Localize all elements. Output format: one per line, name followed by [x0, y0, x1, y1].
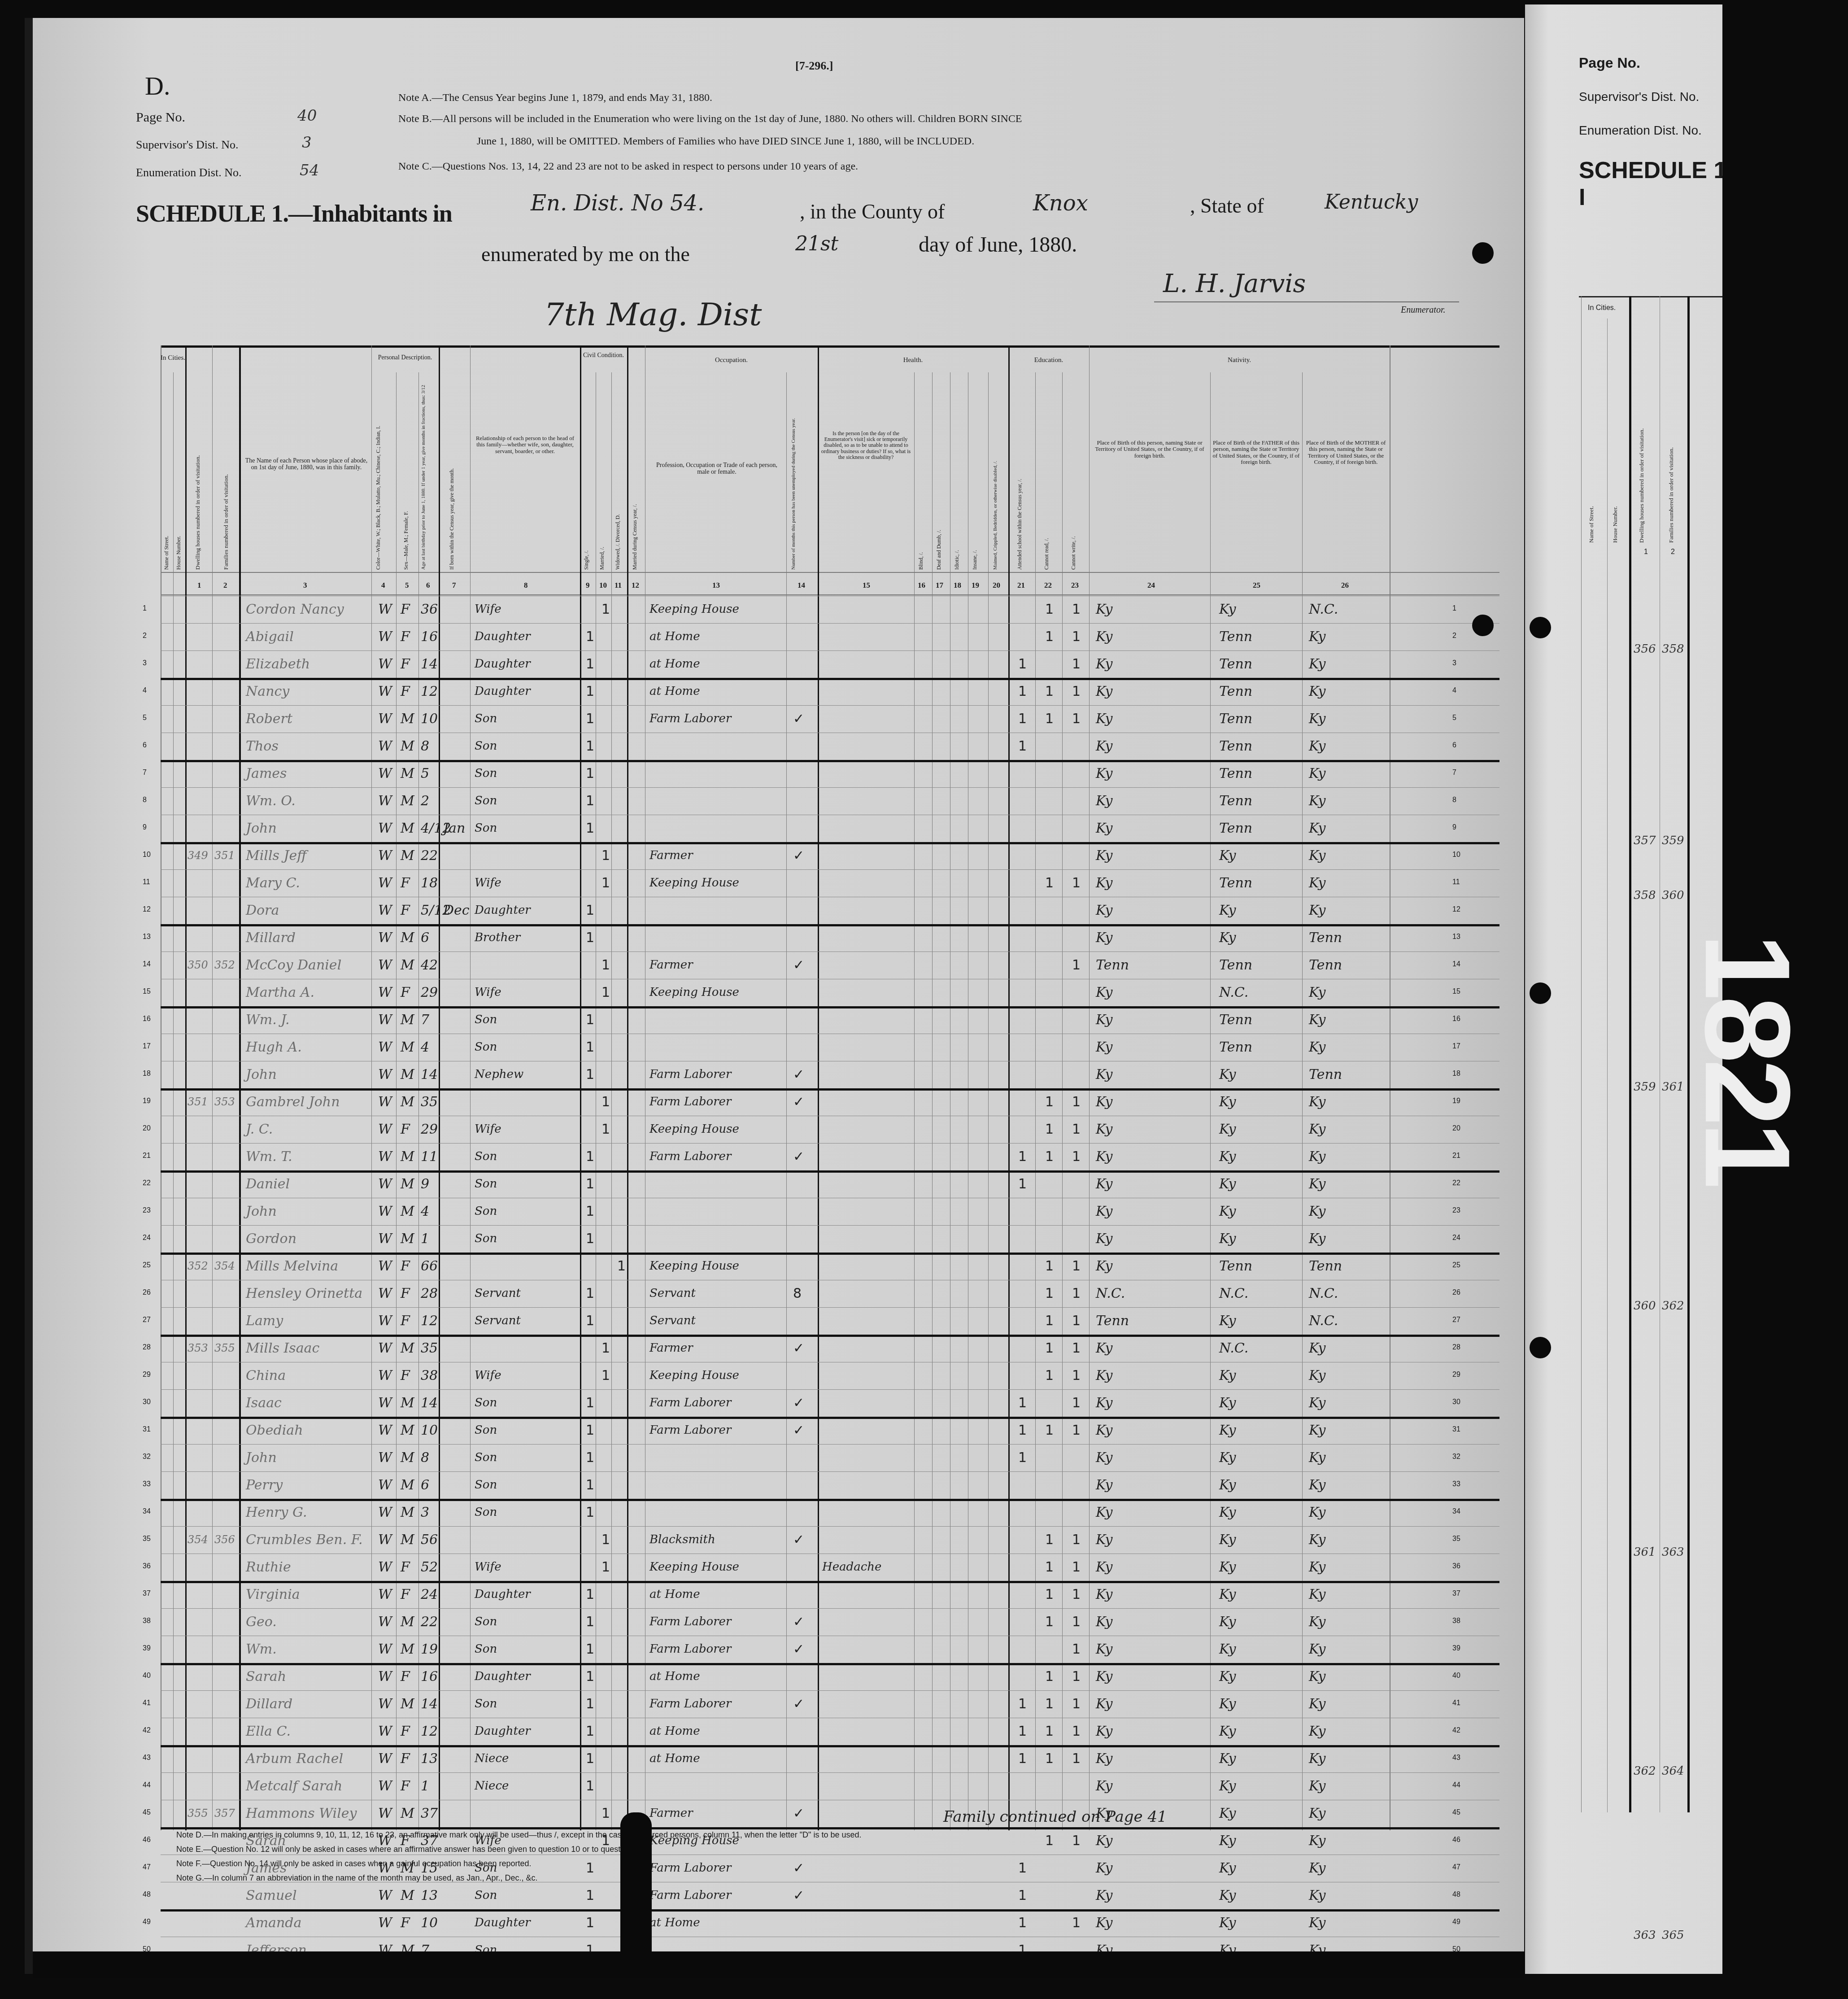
mother-birthplace: Ky — [1309, 733, 1325, 760]
sex: M — [401, 1636, 414, 1663]
attended-school-mark: 1 — [1018, 1690, 1027, 1718]
sex: F — [401, 1718, 410, 1745]
row-number: 1 — [1452, 605, 1456, 613]
father-birthplace: Ky — [1219, 1170, 1236, 1198]
color: W — [378, 1581, 392, 1608]
row-number: 4 — [1452, 687, 1456, 695]
adj-dwelling-number: 358 — [1634, 889, 1656, 902]
table-row: VirginiaWF24Daughter1at Home11KyKyKy3737 — [161, 1581, 1499, 1608]
table-row: JohnWM14Nephew1Farm Laborer✓KyKyTenn1818 — [161, 1061, 1499, 1088]
sex: M — [401, 1143, 414, 1170]
row-number-left: 12 — [143, 906, 151, 914]
relationship: Son — [475, 1690, 497, 1718]
father-birthplace: Ky — [1219, 1772, 1236, 1800]
note-b-line1: Note B.—All persons will be included in … — [398, 113, 1022, 125]
adj-dwelling-number: 360 — [1634, 1299, 1656, 1313]
table-row: Metcalf SarahWF1Niece1KyKyKy4444 — [161, 1772, 1499, 1800]
person-name: Samuel — [246, 1882, 297, 1909]
header-married: Married, /. — [599, 507, 606, 570]
col-number: 11 — [615, 581, 622, 590]
mother-birthplace: Tenn — [1309, 951, 1342, 979]
father-birthplace: Tenn — [1219, 951, 1252, 979]
color: W — [378, 1636, 392, 1663]
table-row: PerryWM6Son1KyKyKy3333 — [161, 1471, 1499, 1499]
age: 10 — [421, 705, 438, 733]
cannot-read-mark: 1 — [1045, 623, 1054, 650]
row-number-left: 3 — [143, 659, 147, 668]
single-mark: 1 — [586, 650, 594, 678]
sex: F — [401, 1307, 410, 1335]
single-mark: 1 — [586, 1471, 594, 1499]
header-cannot-write: Cannot write, /. — [1070, 502, 1077, 570]
state-value: Kentucky — [1325, 191, 1418, 214]
row-divider — [161, 1061, 1499, 1061]
color: W — [378, 924, 392, 951]
single-mark: 1 — [586, 787, 594, 815]
single-mark: 1 — [586, 1581, 594, 1608]
occupation: Keeping House — [649, 1253, 739, 1280]
table-row: Mary C.WF18Wife1Keeping House11KyTennKy1… — [161, 869, 1499, 897]
row-number: 26 — [1452, 1289, 1460, 1297]
sex: F — [401, 623, 410, 650]
single-mark: 1 — [586, 1855, 594, 1882]
row-divider — [161, 1471, 1499, 1472]
relationship: Son — [475, 1170, 497, 1198]
color: W — [378, 1006, 392, 1034]
father-birthplace: Tenn — [1219, 1253, 1252, 1280]
age: 56 — [421, 1526, 438, 1554]
sex: F — [401, 650, 410, 678]
occupation: Farm Laborer — [649, 1088, 731, 1116]
relationship: Son — [475, 1006, 497, 1034]
header-born-month: If born within the Census year, give the… — [449, 390, 455, 570]
person-name: Henry G. — [246, 1499, 307, 1526]
relationship: Wife — [475, 1116, 501, 1143]
color: W — [378, 1718, 392, 1745]
relationship: Son — [475, 1034, 497, 1061]
mother-birthplace: Ky — [1309, 1417, 1325, 1444]
birthplace: Ky — [1096, 842, 1112, 869]
occupation: at Home — [649, 1663, 700, 1690]
row-number-left: 29 — [143, 1371, 151, 1379]
header-age: Age at last birthday prior to June 1, 18… — [421, 381, 426, 570]
color: W — [378, 1170, 392, 1198]
mother-birthplace: Ky — [1309, 979, 1325, 1006]
single-mark: 1 — [586, 1417, 594, 1444]
cannot-read-mark: 1 — [1045, 1116, 1054, 1143]
age: 6 — [421, 924, 429, 951]
birthplace: Tenn — [1096, 1307, 1129, 1335]
cannot-read-mark: 1 — [1045, 1253, 1054, 1280]
enumeration-value: 54 — [300, 161, 319, 179]
single-mark: 1 — [586, 1307, 594, 1335]
father-birthplace: Tenn — [1219, 787, 1252, 815]
adj-family-number: 364 — [1662, 1764, 1684, 1778]
birthplace: Ky — [1096, 1745, 1112, 1772]
table-row: DanielWM9Son11KyKyKy2222 — [161, 1170, 1499, 1198]
cannot-write-mark: 1 — [1072, 1554, 1081, 1581]
sex: F — [401, 1581, 410, 1608]
row-number: 25 — [1452, 1261, 1460, 1270]
person-name: Cordon Nancy — [246, 596, 344, 623]
person-name: Dillard — [246, 1690, 292, 1718]
mother-birthplace: Ky — [1309, 787, 1325, 815]
father-birthplace: Ky — [1219, 1855, 1236, 1882]
single-mark: 1 — [586, 1225, 594, 1253]
age: 13 — [421, 1882, 438, 1909]
cannot-read-mark: 1 — [1045, 1718, 1054, 1745]
father-birthplace: Ky — [1219, 1554, 1236, 1581]
cannot-write-mark: 1 — [1072, 1663, 1081, 1690]
mother-birthplace: Ky — [1309, 1882, 1325, 1909]
attended-school-mark: 1 — [1018, 1745, 1027, 1772]
age: 35 — [421, 1088, 438, 1116]
single-mark: 1 — [586, 678, 594, 705]
sex: M — [401, 733, 414, 760]
attended-school-mark: 1 — [1018, 1855, 1027, 1882]
row-divider — [161, 1718, 1499, 1718]
inhabitants-in-value: En. Dist. No 54. — [531, 191, 704, 216]
color: W — [378, 1061, 392, 1088]
birthplace: Ky — [1096, 1581, 1112, 1608]
cannot-write-mark: 1 — [1072, 1389, 1081, 1417]
sex: M — [401, 787, 414, 815]
months-unemployed: 8 — [793, 1280, 802, 1307]
col-number: 22 — [1044, 581, 1052, 590]
person-name: John — [246, 1444, 277, 1471]
adj-family-number: 358 — [1662, 642, 1684, 656]
months-unemployed: ✓ — [793, 1855, 804, 1882]
row-number: 13 — [1452, 933, 1460, 941]
row-number: 24 — [1452, 1234, 1460, 1242]
row-number-left: 19 — [143, 1097, 151, 1105]
header-idiotic: Idiotic, /. — [954, 525, 960, 570]
enumerator-label: Enumerator. — [1401, 305, 1445, 315]
cannot-read-mark: 1 — [1045, 1745, 1054, 1772]
table-body: Cordon NancyWF36Wife1Keeping House11KyKy… — [161, 596, 1499, 1964]
row-number: 3 — [1452, 659, 1456, 668]
row-divider — [161, 650, 1499, 651]
row-divider — [161, 678, 1499, 680]
adj-enumeration-label: Enumeration Dist. No. — [1579, 123, 1702, 138]
mother-birthplace: Ky — [1309, 760, 1325, 787]
row-number-left: 49 — [143, 1918, 151, 1926]
birthplace: Ky — [1096, 1855, 1112, 1882]
cannot-write-mark: 1 — [1072, 1280, 1081, 1307]
col-number: 9 — [586, 581, 590, 590]
attended-school-mark: 1 — [1018, 1170, 1027, 1198]
enumerator-signature: L. H. Jarvis — [1163, 269, 1306, 298]
dwelling-number: 349 — [187, 842, 208, 869]
row-divider — [161, 1335, 1499, 1337]
adj-dwelling-number: 359 — [1634, 1080, 1656, 1094]
single-mark: 1 — [586, 1745, 594, 1772]
person-name: Martha A. — [246, 979, 314, 1006]
sex: M — [401, 951, 414, 979]
occupation: Keeping House — [649, 1362, 739, 1389]
color: W — [378, 1608, 392, 1636]
row-number: 41 — [1452, 1699, 1460, 1707]
row-divider — [161, 1909, 1499, 1912]
birthplace: Ky — [1096, 1362, 1112, 1389]
row-number-left: 27 — [143, 1316, 151, 1324]
footer-note-e: Note E.—Question No. 12 will only be ask… — [176, 1845, 644, 1854]
relationship: Son — [475, 1143, 497, 1170]
relationship: Daughter — [475, 1909, 531, 1937]
cannot-read-mark: 1 — [1045, 1827, 1054, 1855]
header-families: Families numbered in order of visitation… — [222, 408, 230, 570]
table-row: Henry G.WM3Son1KyKyKy3434 — [161, 1499, 1499, 1526]
header-deaf: Deaf and Dumb, /. — [936, 493, 942, 570]
person-name: Perry — [246, 1471, 283, 1499]
age: 24 — [421, 1581, 438, 1608]
dwelling-number: 354 — [187, 1526, 208, 1554]
row-number-left: 13 — [143, 933, 151, 941]
table-row: AbigailWF16Daughter1at Home11KyTennKy22 — [161, 623, 1499, 650]
table-row: ObediahWM10Son1Farm Laborer✓111KyKyKy313… — [161, 1417, 1499, 1444]
married-mark: 1 — [601, 979, 610, 1006]
cannot-read-mark: 1 — [1045, 678, 1054, 705]
row-divider — [161, 1198, 1499, 1198]
adj-dwelling: Dwelling houses numbered in order of vis… — [1638, 345, 1645, 543]
person-name: Wm. J. — [246, 1006, 290, 1034]
birthplace: Ky — [1096, 1116, 1112, 1143]
occupation: Farmer — [649, 842, 693, 869]
table-row: Geo.WM22Son1Farm Laborer✓11KyKyKy3838 — [161, 1608, 1499, 1636]
birthplace: Ky — [1096, 1526, 1112, 1554]
age: 14 — [421, 1690, 438, 1718]
header-relationship: Relationship of each person to the head … — [472, 435, 578, 454]
cannot-write-mark: 1 — [1072, 1827, 1081, 1855]
cannot-read-mark: 1 — [1045, 596, 1054, 623]
sex: F — [401, 678, 410, 705]
mother-birthplace: Ky — [1309, 897, 1325, 924]
cannot-write-mark: 1 — [1072, 1335, 1081, 1362]
birthplace: Ky — [1096, 1088, 1112, 1116]
relationship: Son — [475, 733, 497, 760]
table-row: GordonWM1Son1KyKyKy2424 — [161, 1225, 1499, 1253]
mother-birthplace: Ky — [1309, 1636, 1325, 1663]
birthplace: Ky — [1096, 650, 1112, 678]
row-number: 10 — [1452, 851, 1460, 859]
table-row: MillardWM6Brother1KyKyTenn1313 — [161, 924, 1499, 951]
header-house-number: House Number. — [175, 480, 182, 570]
relationship: Daughter — [475, 623, 531, 650]
district-note: 7th Mag. Dist — [544, 296, 762, 333]
relationship: Wife — [475, 1554, 501, 1581]
age: 37 — [421, 1800, 438, 1827]
dwelling-number: 353 — [187, 1335, 208, 1362]
color: W — [378, 897, 392, 924]
birth-month: Jan — [443, 815, 465, 842]
person-name: Arbum Rachel — [246, 1745, 343, 1772]
page-bottom-shadow — [33, 1951, 1524, 1978]
sex: M — [401, 1170, 414, 1198]
row-number: 43 — [1452, 1754, 1460, 1762]
sickness: Headache — [822, 1554, 881, 1581]
color: W — [378, 1690, 392, 1718]
father-birthplace: Ky — [1219, 1909, 1236, 1937]
row-number-left: 35 — [143, 1535, 151, 1543]
table-row: JohnWM8Son11KyKyKy3232 — [161, 1444, 1499, 1471]
row-divider — [161, 951, 1499, 952]
father-birthplace: Ky — [1219, 1362, 1236, 1389]
cannot-write-mark: 1 — [1072, 650, 1081, 678]
header-nativity: Nativity. — [1089, 357, 1390, 364]
occupation: Farm Laborer — [649, 1855, 731, 1882]
single-mark: 1 — [586, 623, 594, 650]
row-number: 9 — [1452, 824, 1456, 832]
table-row: 351353Gambrel JohnWM351Farm Laborer✓11Ky… — [161, 1088, 1499, 1116]
header-health: Health. — [818, 357, 1008, 364]
sex: M — [401, 1800, 414, 1827]
mother-birthplace: Ky — [1309, 1471, 1325, 1499]
relationship: Son — [475, 1389, 497, 1417]
row-number-left: 15 — [143, 988, 151, 996]
census-page: D. [7-296.] Page No. 40 Supervisor's Dis… — [25, 18, 1524, 1974]
occupation: Servant — [649, 1280, 696, 1307]
age: 8 — [421, 1444, 429, 1471]
sex: M — [401, 705, 414, 733]
relationship: Niece — [475, 1772, 509, 1800]
adj-col1: 1 — [1644, 548, 1648, 556]
mother-birthplace: Ky — [1309, 1362, 1325, 1389]
col-number: 4 — [381, 581, 385, 590]
row-number-left: 28 — [143, 1344, 151, 1352]
age: 28 — [421, 1280, 438, 1307]
birthplace: Ky — [1096, 678, 1112, 705]
row-number-left: 22 — [143, 1179, 151, 1187]
single-mark: 1 — [586, 760, 594, 787]
birthplace: Ky — [1096, 623, 1112, 650]
cannot-read-mark: 1 — [1045, 1581, 1054, 1608]
row-divider — [161, 815, 1499, 815]
father-birthplace: Ky — [1219, 1225, 1236, 1253]
birthplace: Ky — [1096, 979, 1112, 1006]
row-number: 18 — [1452, 1070, 1460, 1078]
adj-page-no-label: Page No. — [1579, 55, 1640, 71]
married-mark: 1 — [601, 842, 610, 869]
mother-birthplace: Ky — [1309, 1690, 1325, 1718]
row-number-left: 24 — [143, 1234, 151, 1242]
birthplace: Ky — [1096, 1335, 1112, 1362]
col-number: 20 — [993, 581, 1000, 590]
row-divider — [161, 1636, 1499, 1636]
adj-dwelling-number: 356 — [1634, 642, 1656, 656]
col-number: 7 — [452, 581, 456, 590]
relationship: Daughter — [475, 1581, 531, 1608]
age: 8 — [421, 733, 429, 760]
person-name: Isaac — [246, 1389, 282, 1417]
table-row: RobertWM10Son1Farm Laborer✓111KyTennKy55 — [161, 705, 1499, 733]
age: 10 — [421, 1909, 438, 1937]
mother-birthplace: Ky — [1309, 1581, 1325, 1608]
single-mark: 1 — [586, 1280, 594, 1307]
table-row: JohnWM4/12JanSon1KyTennKy99 — [161, 815, 1499, 842]
header-occupation: Occupation. — [645, 357, 818, 364]
color: W — [378, 951, 392, 979]
cannot-write-mark: 1 — [1072, 1143, 1081, 1170]
header-blind: Blind, /. — [918, 534, 924, 570]
dwelling-number: 350 — [187, 951, 208, 979]
mother-birthplace: Ky — [1309, 705, 1325, 733]
color: W — [378, 979, 392, 1006]
birthplace: N.C. — [1096, 1280, 1125, 1307]
father-birthplace: Ky — [1219, 1718, 1236, 1745]
relationship: Niece — [475, 1745, 509, 1772]
father-birthplace: Ky — [1219, 1198, 1236, 1225]
father-birthplace: Tenn — [1219, 869, 1252, 897]
single-mark: 1 — [586, 1608, 594, 1636]
sex: M — [401, 1882, 414, 1909]
col-number: 19 — [972, 581, 979, 590]
birthplace: Ky — [1096, 1444, 1112, 1471]
row-number-left: 20 — [143, 1125, 151, 1133]
row-divider — [161, 760, 1499, 762]
sex: M — [401, 1690, 414, 1718]
row-divider — [161, 869, 1499, 870]
married-mark: 1 — [601, 1335, 610, 1362]
row-number: 46 — [1452, 1836, 1460, 1844]
color: W — [378, 1034, 392, 1061]
person-name: Ella C. — [246, 1718, 291, 1745]
row-divider — [161, 897, 1499, 897]
color: W — [378, 1882, 392, 1909]
age: 1 — [421, 1772, 429, 1800]
table-row: IsaacWM14Son1Farm Laborer✓11KyKyKy3030 — [161, 1389, 1499, 1417]
relationship: Son — [475, 787, 497, 815]
row-number: 45 — [1452, 1809, 1460, 1817]
single-mark: 1 — [586, 1006, 594, 1034]
cannot-write-mark: 1 — [1072, 1417, 1081, 1444]
adj-family-number: 365 — [1662, 1929, 1684, 1942]
relationship: Son — [475, 1444, 497, 1471]
months-unemployed: ✓ — [793, 1800, 804, 1827]
person-name: Virginia — [246, 1581, 300, 1608]
birthplace: Ky — [1096, 1471, 1112, 1499]
cannot-read-mark: 1 — [1045, 1554, 1054, 1581]
mother-birthplace: Ky — [1309, 1198, 1325, 1225]
occupation: Farm Laborer — [649, 1882, 731, 1909]
row-number: 32 — [1452, 1453, 1460, 1461]
cannot-write-mark: 1 — [1072, 1362, 1081, 1389]
relationship: Wife — [475, 869, 501, 897]
row-number: 31 — [1452, 1426, 1460, 1434]
sex: M — [401, 1499, 414, 1526]
birthplace: Ky — [1096, 1690, 1112, 1718]
row-number-left: 17 — [143, 1043, 151, 1051]
color: W — [378, 1389, 392, 1417]
sex: M — [401, 1471, 414, 1499]
row-number-left: 30 — [143, 1398, 151, 1406]
row-divider — [161, 842, 1499, 844]
row-number-left: 21 — [143, 1152, 151, 1160]
table-row: Hugh A.WM4Son1KyTennKy1717 — [161, 1034, 1499, 1061]
sex: M — [401, 1061, 414, 1088]
row-number-left: 48 — [143, 1891, 151, 1899]
table-row: Wm. T.WM11Son1Farm Laborer✓111KyKyKy2121 — [161, 1143, 1499, 1170]
cannot-read-mark: 1 — [1045, 705, 1054, 733]
person-name: Geo. — [246, 1608, 277, 1636]
birthplace: Ky — [1096, 733, 1112, 760]
table-row: 349351Mills JeffWM221Farmer✓KyKyKy1010 — [161, 842, 1499, 869]
birthplace: Ky — [1096, 1143, 1112, 1170]
birthplace: Tenn — [1096, 951, 1129, 979]
age: 12 — [421, 678, 438, 705]
page-no-label: Page No. — [136, 110, 185, 125]
sex: F — [401, 1280, 410, 1307]
birthplace: Ky — [1096, 1417, 1112, 1444]
